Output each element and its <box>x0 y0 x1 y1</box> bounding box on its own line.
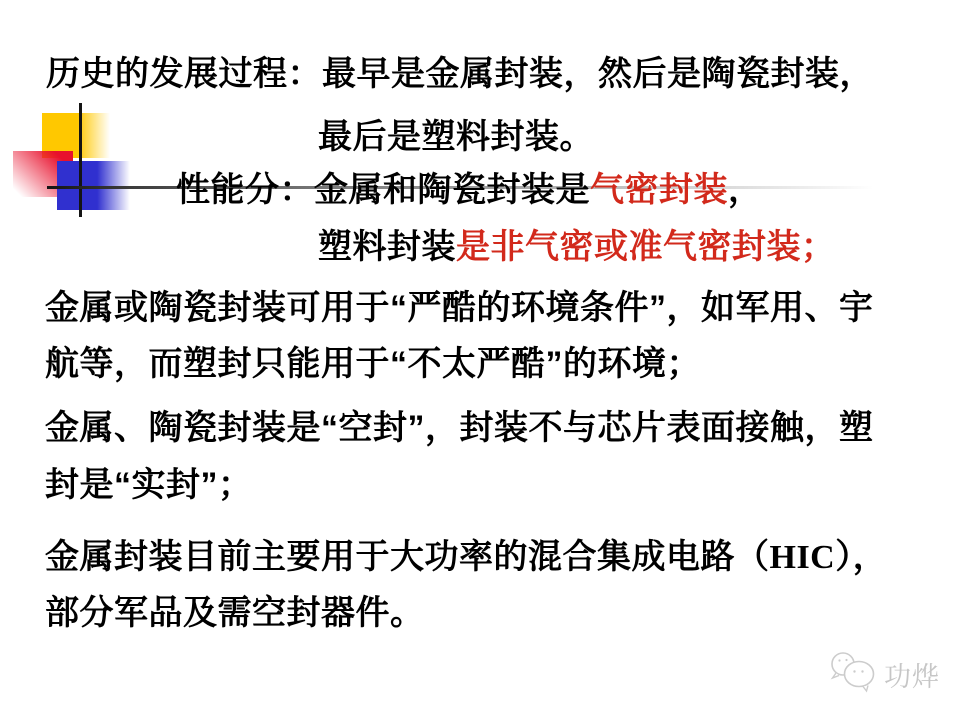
text-line-usage-1: 金属封装目前主要用于大功率的混合集成电路（HIC）， <box>45 539 887 576</box>
text-segment: 金属或陶瓷封装可用于“严酷的环境条件”，如军用、宇 <box>45 289 874 327</box>
text-segment: 塑料封装 <box>318 228 456 266</box>
text-line-performance-2: 塑料封装是非气密或准气密封装； <box>318 229 836 266</box>
text-line-history-1: 历史的发展过程：最早是金属封装，然后是陶瓷封装， <box>46 56 874 93</box>
text-segment-highlight: 气密封装 <box>590 171 728 209</box>
text-segment: ， <box>728 171 763 209</box>
text-line-seal-1: 金属、陶瓷封装是“空封”，封装不与芯片表面接触，塑 <box>45 410 874 447</box>
text-segment: 最后是塑料封装。 <box>318 118 594 156</box>
text-line-environment-1: 金属或陶瓷封装可用于“严酷的环境条件”，如军用、宇 <box>45 290 874 327</box>
text-line-history-2: 最后是塑料封装。 <box>318 119 594 156</box>
decor-vertical-line <box>79 103 82 217</box>
text-segment: 部分军品及需空封器件。 <box>45 594 425 632</box>
text-line-usage-2: 部分军品及需空封器件。 <box>45 595 425 632</box>
text-segment: 金属、陶瓷封装是“空封”，封装不与芯片表面接触，塑 <box>45 409 874 447</box>
text-segment-highlight: 是非气密或准气密封装； <box>456 228 836 266</box>
watermark: 功烨 <box>828 650 940 699</box>
text-line-environment-2: 航等，而塑封只能用于“不太严酷”的环境； <box>45 346 701 383</box>
text-segment-latin: HIC <box>770 539 836 576</box>
text-line-performance-1: 性能分：金属和陶瓷封装是气密封装， <box>176 172 763 209</box>
text-segment: 航等，而塑封只能用于“不太严酷”的环境； <box>45 345 701 383</box>
text-segment: ）， <box>835 538 887 576</box>
text-segment: 性能分：金属和陶瓷封装是 <box>176 171 590 209</box>
text-segment: 历史的发展过程：最早是金属封装，然后是陶瓷封装， <box>46 55 874 93</box>
text-segment: 金属封装目前主要用于大功率的混合集成电路（ <box>45 538 770 576</box>
presentation-slide: 历史的发展过程：最早是金属封装，然后是陶瓷封装， 最后是塑料封装。 性能分：金属… <box>0 0 960 720</box>
text-segment: 封是“实封”； <box>45 466 253 504</box>
chat-bubbles-icon <box>828 650 878 699</box>
watermark-text: 功烨 <box>884 655 940 694</box>
text-line-seal-2: 封是“实封”； <box>45 467 253 504</box>
